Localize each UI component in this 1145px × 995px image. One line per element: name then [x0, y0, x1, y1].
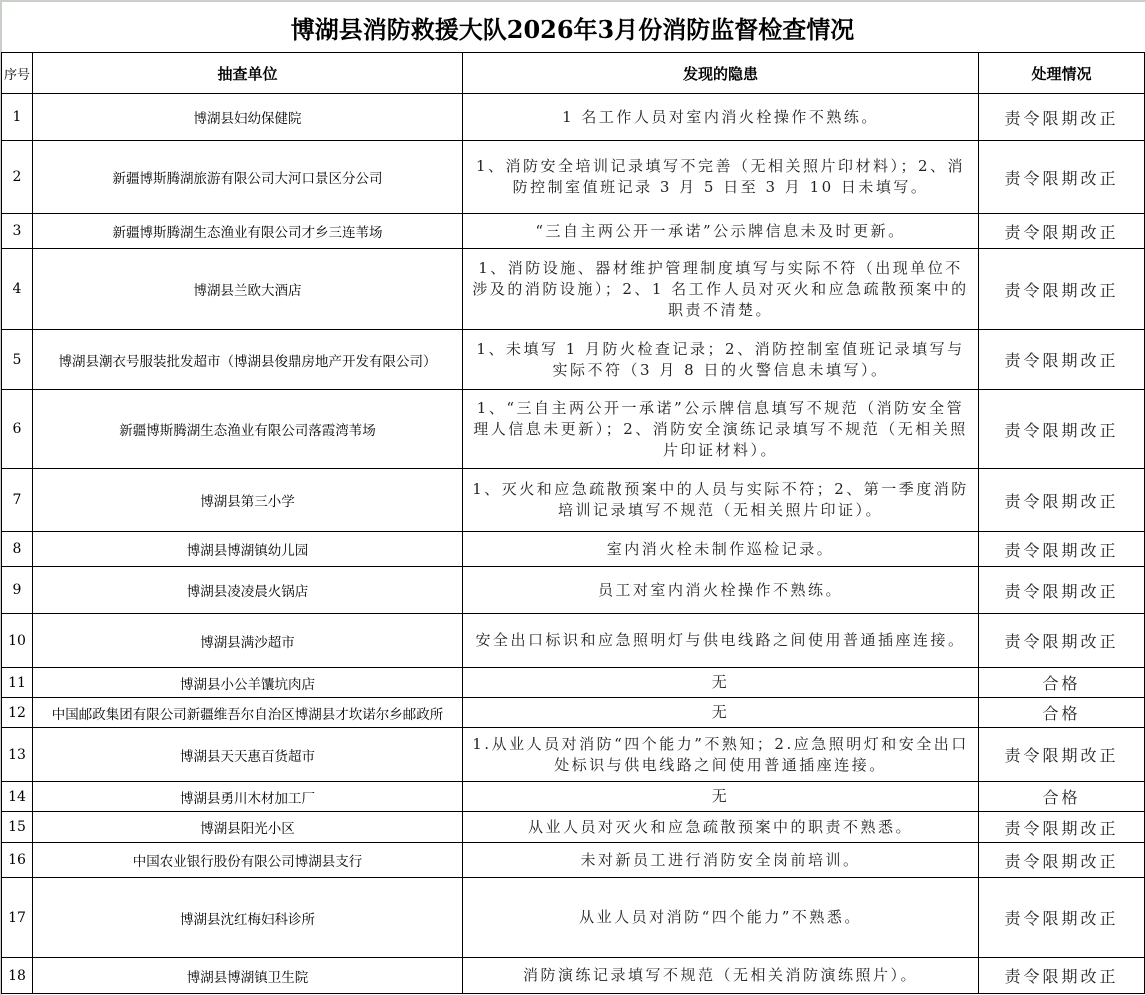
row-action: 责令限期改正	[979, 843, 1145, 878]
row-unit: 博湖县潮衣号服装批发超市（博湖县俊鼎房地产开发有限公司）	[33, 330, 463, 390]
row-seq: 6	[2, 390, 33, 469]
row-issues: 1、消防设施、器材维护管理制度填写与实际不符（出现单位不涉及的消防设施）；2、1…	[463, 249, 979, 330]
row-action: 责令限期改正	[979, 812, 1145, 843]
row-seq: 16	[2, 843, 33, 878]
row-issues: 室内消火栓未制作巡检记录。	[463, 532, 979, 567]
row-unit: 新疆博斯腾湖生态渔业有限公司落霞湾苇场	[33, 390, 463, 469]
table-row: 12中国邮政集团有限公司新疆维吾尔自治区博湖县才坎诺尔乡邮政所无合格	[2, 698, 1145, 728]
row-seq: 11	[2, 668, 33, 698]
row-issues: 无	[463, 698, 979, 728]
row-unit: 博湖县凌凌晨火锅店	[33, 567, 463, 614]
row-issues: 从业人员对灭火和应急疏散预案中的职责不熟悉。	[463, 812, 979, 843]
row-issues: 1、灭火和应急疏散预案中的人员与实际不符；2、第一季度消防培训记录填写不规范（无…	[463, 469, 979, 532]
row-issues: 从业人员对消防“四个能力”不熟悉。	[463, 878, 979, 958]
row-action: 责令限期改正	[979, 614, 1145, 668]
table-row: 2新疆博斯腾湖旅游有限公司大河口景区分公司1、消防安全培训记录填写不完善（无相关…	[2, 141, 1145, 214]
row-unit: 博湖县博湖镇卫生院	[33, 958, 463, 994]
row-unit: 博湖县天天惠百货超市	[33, 728, 463, 782]
row-unit: 新疆博斯腾湖生态渔业有限公司才乡三连苇场	[33, 214, 463, 249]
row-unit: 博湖县博湖镇幼儿园	[33, 532, 463, 567]
table-row: 3新疆博斯腾湖生态渔业有限公司才乡三连苇场“三自主两公开一承诺”公示牌信息未及时…	[2, 214, 1145, 249]
header-action: 处理情况	[979, 53, 1145, 94]
row-issues: 安全出口标识和应急照明灯与供电线路之间使用普通插座连接。	[463, 614, 979, 668]
row-issues: “三自主两公开一承诺”公示牌信息未及时更新。	[463, 214, 979, 249]
header-unit: 抽查单位	[33, 53, 463, 94]
row-issues: 1 名工作人员对室内消火栓操作不熟练。	[463, 94, 979, 141]
table-row: 11博湖县小公羊馕坑肉店无合格	[2, 668, 1145, 698]
table-row: 17博湖县沈红梅妇科诊所从业人员对消防“四个能力”不熟悉。责令限期改正	[2, 878, 1145, 958]
row-issues: 1、未填写 1 月防火检查记录；2、消防控制室值班记录填写与实际不符（3 月 8…	[463, 330, 979, 390]
row-issues: 未对新员工进行消防安全岗前培训。	[463, 843, 979, 878]
row-action: 合格	[979, 668, 1145, 698]
row-action: 责令限期改正	[979, 469, 1145, 532]
row-action: 责令限期改正	[979, 94, 1145, 141]
inspection-table: 序号 抽查单位 发现的隐患 处理情况 1博湖县妇幼保健院1 名工作人员对室内消火…	[1, 52, 1145, 994]
row-action: 责令限期改正	[979, 878, 1145, 958]
table-row: 10博湖县满沙超市安全出口标识和应急照明灯与供电线路之间使用普通插座连接。责令限…	[2, 614, 1145, 668]
row-action: 合格	[979, 698, 1145, 728]
table-row: 1博湖县妇幼保健院1 名工作人员对室内消火栓操作不熟练。责令限期改正	[2, 94, 1145, 141]
row-action: 责令限期改正	[979, 330, 1145, 390]
row-issues: 1、消防安全培训记录填写不完善（无相关照片印材料）；2、消防控制室值班记录 3 …	[463, 141, 979, 214]
row-seq: 14	[2, 782, 33, 812]
row-seq: 8	[2, 532, 33, 567]
row-unit: 博湖县小公羊馕坑肉店	[33, 668, 463, 698]
row-seq: 10	[2, 614, 33, 668]
header-row: 序号 抽查单位 发现的隐患 处理情况	[2, 53, 1145, 94]
table-row: 7博湖县第三小学1、灭火和应急疏散预案中的人员与实际不符；2、第一季度消防培训记…	[2, 469, 1145, 532]
row-seq: 9	[2, 567, 33, 614]
table-row: 18博湖县博湖镇卫生院消防演练记录填写不规范（无相关消防演练照片）。责令限期改正	[2, 958, 1145, 994]
document-title: 博湖县消防救援大队2026年3月份消防监督检查情况	[0, 2, 1145, 52]
row-issues: 无	[463, 782, 979, 812]
table-row: 13博湖县天天惠百货超市1.从业人员对消防“四个能力”不熟知；2.应急照明灯和安…	[2, 728, 1145, 782]
row-seq: 5	[2, 330, 33, 390]
row-unit: 新疆博斯腾湖旅游有限公司大河口景区分公司	[33, 141, 463, 214]
table-row: 4博湖县兰欧大酒店1、消防设施、器材维护管理制度填写与实际不符（出现单位不涉及的…	[2, 249, 1145, 330]
row-unit: 中国农业银行股份有限公司博湖县支行	[33, 843, 463, 878]
table-row: 9博湖县凌凌晨火锅店员工对室内消火栓操作不熟练。责令限期改正	[2, 567, 1145, 614]
row-unit: 博湖县阳光小区	[33, 812, 463, 843]
row-unit: 博湖县妇幼保健院	[33, 94, 463, 141]
row-seq: 13	[2, 728, 33, 782]
row-seq: 4	[2, 249, 33, 330]
row-issues: 1、“三自主两公开一承诺”公示牌信息填写不规范（消防安全管理人信息未更新）；2、…	[463, 390, 979, 469]
header-issues: 发现的隐患	[463, 53, 979, 94]
row-unit: 中国邮政集团有限公司新疆维吾尔自治区博湖县才坎诺尔乡邮政所	[33, 698, 463, 728]
row-seq: 15	[2, 812, 33, 843]
row-action: 责令限期改正	[979, 390, 1145, 469]
table-row: 6新疆博斯腾湖生态渔业有限公司落霞湾苇场1、“三自主两公开一承诺”公示牌信息填写…	[2, 390, 1145, 469]
row-seq: 12	[2, 698, 33, 728]
table-row: 16中国农业银行股份有限公司博湖县支行未对新员工进行消防安全岗前培训。责令限期改…	[2, 843, 1145, 878]
row-action: 责令限期改正	[979, 214, 1145, 249]
row-seq: 7	[2, 469, 33, 532]
row-seq: 2	[2, 141, 33, 214]
row-unit: 博湖县兰欧大酒店	[33, 249, 463, 330]
row-seq: 18	[2, 958, 33, 994]
row-issues: 消防演练记录填写不规范（无相关消防演练照片）。	[463, 958, 979, 994]
row-action: 责令限期改正	[979, 141, 1145, 214]
row-action: 责令限期改正	[979, 249, 1145, 330]
table-row: 15博湖县阳光小区从业人员对灭火和应急疏散预案中的职责不熟悉。责令限期改正	[2, 812, 1145, 843]
row-issues: 1.从业人员对消防“四个能力”不熟知；2.应急照明灯和安全出口处标识与供电线路之…	[463, 728, 979, 782]
table-row: 5博湖县潮衣号服装批发超市（博湖县俊鼎房地产开发有限公司）1、未填写 1 月防火…	[2, 330, 1145, 390]
row-seq: 1	[2, 94, 33, 141]
row-unit: 博湖县第三小学	[33, 469, 463, 532]
header-seq: 序号	[2, 53, 33, 94]
table-row: 14博湖县勇川木材加工厂无合格	[2, 782, 1145, 812]
row-issues: 无	[463, 668, 979, 698]
row-issues: 员工对室内消火栓操作不熟练。	[463, 567, 979, 614]
row-seq: 3	[2, 214, 33, 249]
row-unit: 博湖县满沙超市	[33, 614, 463, 668]
row-action: 责令限期改正	[979, 532, 1145, 567]
row-action: 责令限期改正	[979, 958, 1145, 994]
row-unit: 博湖县勇川木材加工厂	[33, 782, 463, 812]
row-unit: 博湖县沈红梅妇科诊所	[33, 878, 463, 958]
row-action: 责令限期改正	[979, 728, 1145, 782]
row-action: 责令限期改正	[979, 567, 1145, 614]
row-action: 合格	[979, 782, 1145, 812]
row-seq: 17	[2, 878, 33, 958]
table-row: 8博湖县博湖镇幼儿园室内消火栓未制作巡检记录。责令限期改正	[2, 532, 1145, 567]
